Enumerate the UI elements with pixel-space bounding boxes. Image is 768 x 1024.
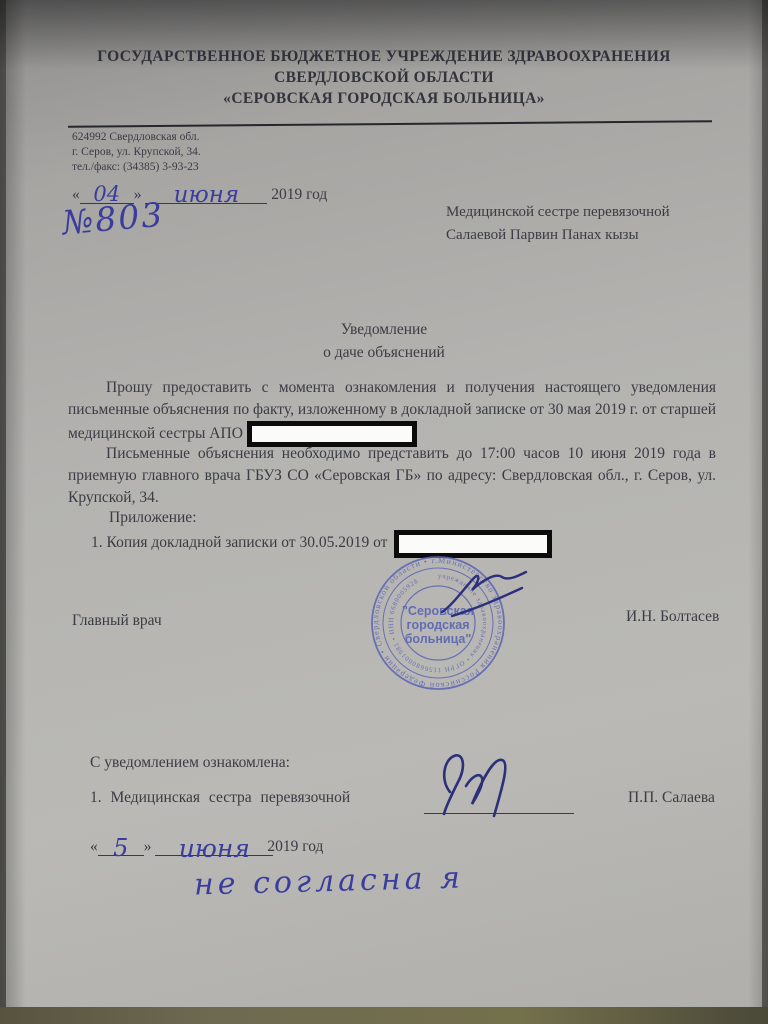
attachment-item-text: 1. Копия докладной записки от 30.05.2019… <box>91 534 387 551</box>
day-blank: 5 <box>98 836 144 856</box>
notice-paragraph-2: Письменные объяснения необходимо предста… <box>68 443 716 508</box>
month-blank: июня <box>145 184 267 204</box>
handwritten-disagreement-note: не согласна я <box>194 860 465 902</box>
title-line1: Уведомление <box>6 318 762 341</box>
chief-doctor-signature <box>434 568 534 636</box>
document-photo: ГОСУДАРСТВЕННОЕ БЮДЖЕТНОЕ УЧРЕЖДЕНИЕ ЗДР… <box>0 0 768 1024</box>
address-block: 624992 Свердловская обл. г. Серов, ул. К… <box>72 130 201 175</box>
recipient-line1: Медицинской сестре перевязочной <box>446 201 726 224</box>
handwritten-month: июня <box>179 834 250 863</box>
open-quote: « <box>90 838 98 855</box>
nurse-name: П.П. Салаева <box>628 789 715 807</box>
paper-sheet: ГОСУДАРСТВЕННОЕ БЮДЖЕТНОЕ УЧРЕЖДЕНИЕ ЗДР… <box>6 0 762 1008</box>
org-header: ГОСУДАРСТВЕННОЕ БЮДЖЕТНОЕ УЧРЕЖДЕНИЕ ЗДР… <box>6 46 762 109</box>
document-title: Уведомление о даче объяснений <box>6 318 762 364</box>
notice-paragraph-1: Прошу предоставить с момента ознакомлени… <box>68 377 716 447</box>
month-blank: июня <box>155 836 273 856</box>
address-line1: 624992 Свердловская обл. <box>72 130 201 145</box>
address-line3: тел./факс: (34385) 3-93-23 <box>72 160 201 175</box>
handwritten-month: июня <box>174 182 239 208</box>
org-name-line3: «СЕРОВСКАЯ ГОРОДСКАЯ БОЛЬНИЦА» <box>6 88 762 109</box>
handwritten-doc-number: №803 <box>60 195 165 243</box>
recipient-line2: Салаевой Парвин Панах кызы <box>446 224 726 247</box>
acknowledgment-role-line: 1. Медицинская сестра перевязочной <box>90 789 350 807</box>
address-line2: г. Серов, ул. Крупской, 34. <box>72 145 201 160</box>
header-rule <box>68 120 712 128</box>
notice-paragraph-2-text: Письменные объяснения необходимо предста… <box>68 445 716 506</box>
chief-name: И.Н. Болтасев <box>626 608 719 626</box>
handwritten-day: 5 <box>113 834 128 862</box>
year-printed: 2019 год <box>267 838 323 855</box>
recipient-block: Медицинской сестре перевязочной Салаевой… <box>446 201 726 246</box>
acknowledgment-heading: С уведомлением ознакомлена: <box>90 754 290 772</box>
table-surface-edge <box>0 1007 768 1024</box>
year-printed: 2019 год <box>271 186 327 203</box>
title-line2: о даче объяснений <box>6 341 762 364</box>
nurse-signature <box>430 750 522 822</box>
close-quote: » <box>144 838 152 855</box>
acknowledgment-date-line: «5» июня2019 год <box>90 836 323 856</box>
org-name-line1: ГОСУДАРСТВЕННОЕ БЮДЖЕТНОЕ УЧРЕЖДЕНИЕ ЗДР… <box>6 46 762 67</box>
chief-role-label: Главный врач <box>72 612 162 630</box>
open-quote: « <box>72 186 80 203</box>
org-name-line2: СВЕРДЛОВСКОЙ ОБЛАСТИ <box>6 67 762 88</box>
attachment-label: Приложение: <box>109 509 197 527</box>
